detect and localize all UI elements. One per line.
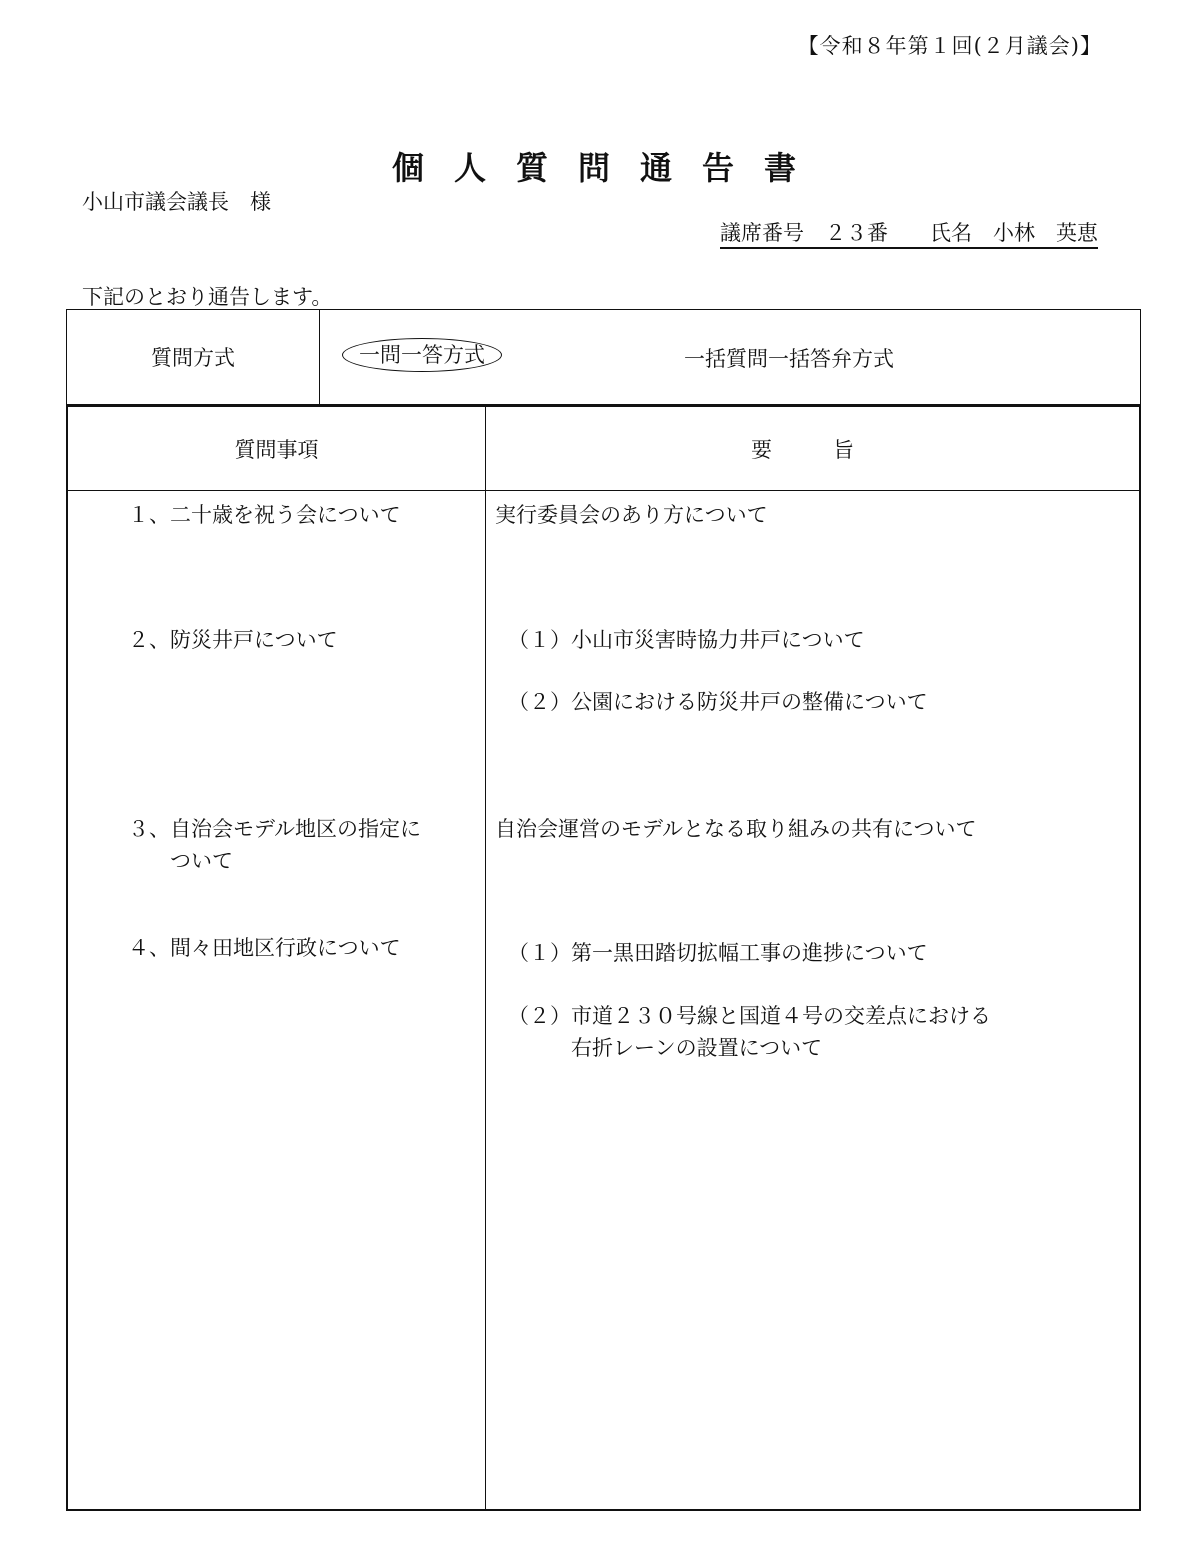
summary-2-2: （２）公園における防災井戸の整備について — [508, 686, 928, 718]
table-header-row: 質問事項 要 旨 — [68, 407, 1139, 491]
summary-1-1: 実行委員会のあり方について — [495, 499, 768, 531]
summary-4-1: （１）第一黒田踏切拡幅工事の進捗について — [508, 937, 928, 969]
question-item-1: １、二十歳を祝う会について — [128, 499, 401, 531]
summary-4-2: （２）市道２３０号線と国道４号の交差点における 右折レーンの設置について — [508, 1000, 991, 1064]
notice-text: 下記のとおり通告します。 — [82, 281, 332, 311]
summary-2-1: （１）小山市災害時協力井戸について — [508, 624, 865, 656]
session-label: 【令和８年第１回(２月議会)】 — [798, 30, 1102, 60]
question-item-4: ４、間々田地区行政について — [128, 932, 401, 964]
option-one-question-one-answer-circled: 一問一答方式 — [342, 338, 502, 372]
addressee: 小山市議会議長 様 — [82, 186, 271, 216]
question-item-2: ２、防災井戸について — [128, 624, 338, 656]
column-header-question-items: 質問事項 — [68, 407, 485, 490]
question-method-table: 質問方式 一問一答方式 一括質問一括答弁方式 — [66, 309, 1141, 405]
seat-and-name-line: 議席番号 ２３番 氏名 小林 英恵 — [720, 219, 1098, 249]
question-method-options: 一問一答方式 一括質問一括答弁方式 — [320, 310, 1140, 404]
document-title: 個人質問通告書 — [0, 143, 1198, 189]
summary-3-1: 自治会運営のモデルとなる取り組みの共有について — [495, 813, 977, 845]
question-method-label: 質問方式 — [67, 310, 320, 404]
column-header-summary: 要 旨 — [486, 407, 1139, 490]
option-batch-question-batch-answer: 一括質問一括答弁方式 — [684, 343, 894, 373]
question-items-table: 質問事項 要 旨 １、二十歳を祝う会について 実行委員会のあり方について ２、防… — [66, 405, 1141, 1511]
column-divider — [485, 407, 486, 1509]
question-item-3: ３、自治会モデル地区の指定に ついて — [128, 813, 421, 877]
